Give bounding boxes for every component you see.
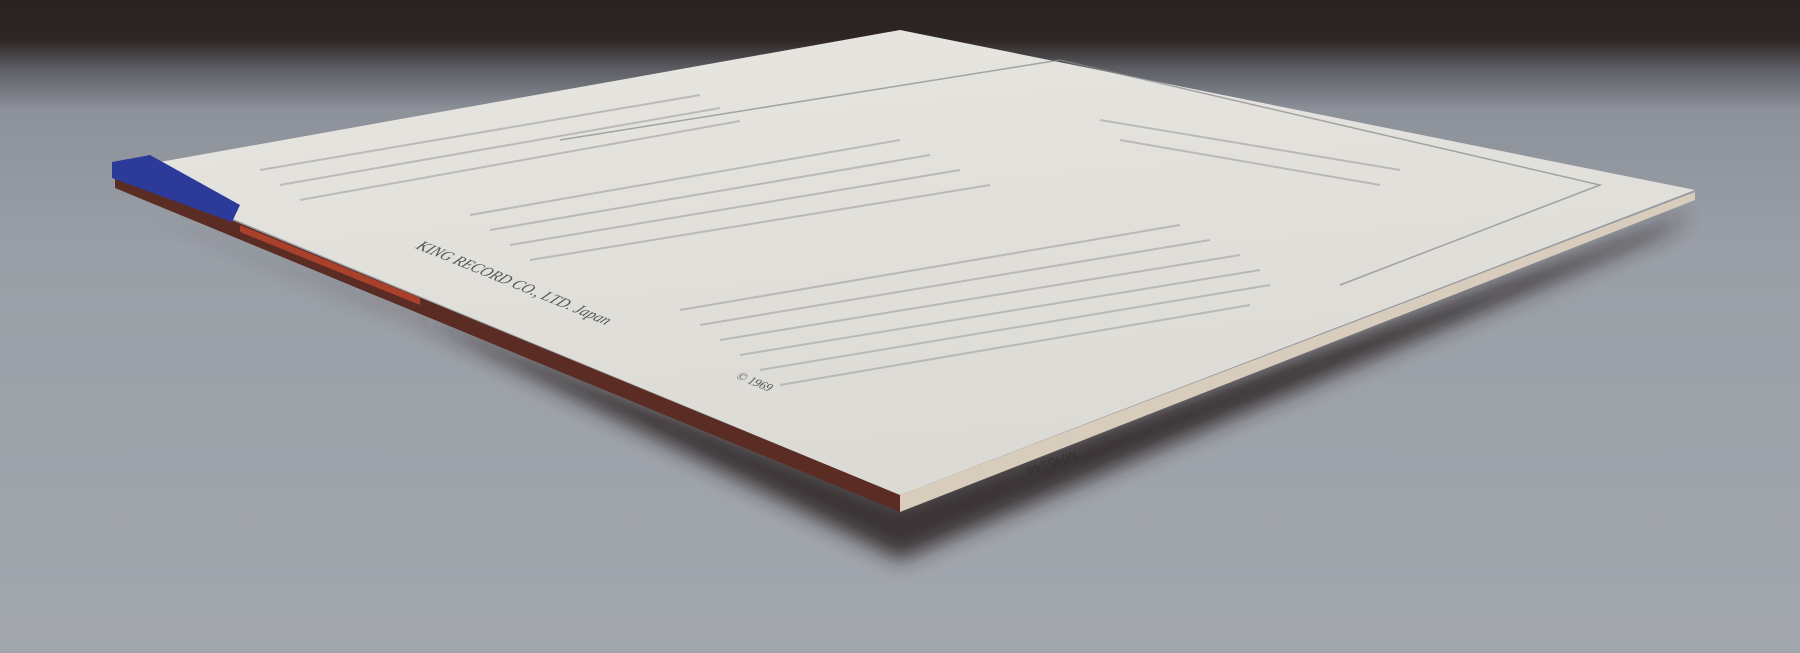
photo-scene: KING RECORD CO., LTD. Japan © 1969 MH514… [0,0,1800,653]
sleeve-back-cover [115,30,1695,495]
